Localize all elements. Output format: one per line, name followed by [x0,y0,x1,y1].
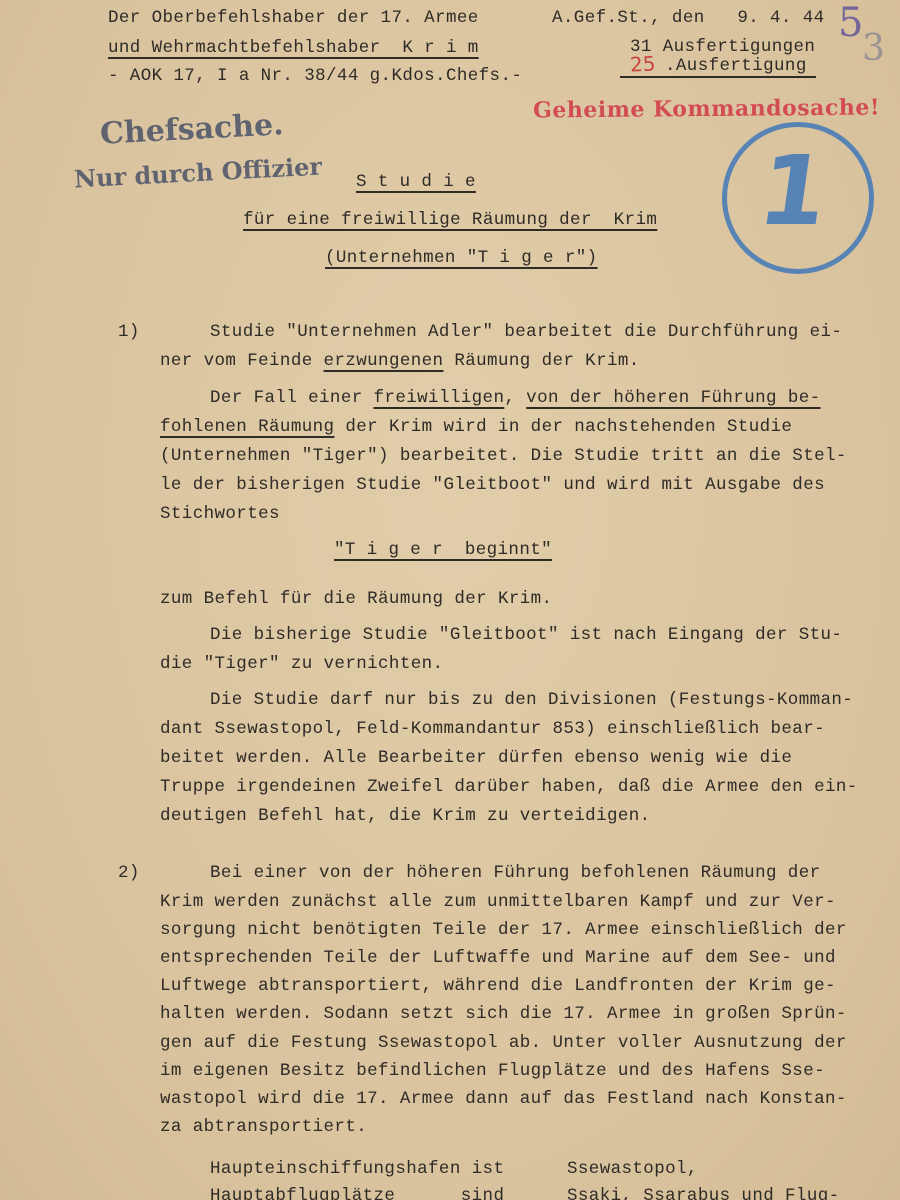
title-subtitle: für eine freiwillige Räumung der Krim [243,210,657,230]
s1-line: Die bisherige Studie "Gleitboot" ist nac… [210,625,842,645]
s2-line: Bei einer von der höheren Führung befohl… [210,863,821,883]
section-2-number: 2) [118,863,140,883]
s1-line: Die Studie darf nur bis zu den Divisione… [210,690,853,710]
s2-line: sorgung nicht benötigten Teile der 17. A… [160,920,847,940]
copy-number-handwritten: 25 [629,51,656,76]
s1-line: Der Fall einer freiwilligen, von der höh… [210,388,821,408]
s1-line: Studie "Unternehmen Adler" bearbeitet di… [210,322,842,342]
secret-command-stamp: Geheime Kommandosache! [533,94,880,123]
s1-line: die "Tiger" zu vernichten. [160,654,443,674]
officer-only-stamp: Nur durch Offizier [73,152,322,194]
s1-line: dant Ssewastopol, Feld-Kommandantur 853)… [160,719,825,739]
s2-table-value: Ssewastopol, [567,1159,698,1179]
s2-table-label: Haupteinschiffungshafen ist [210,1159,504,1179]
s1-line: fohlenen Räumung der Krim wird in der na… [160,417,792,437]
s2-line: entsprechenden Teile der Luftwaffe und M… [160,948,836,968]
s2-line: Krim werden zunächst alle zum unmittelba… [160,892,836,912]
codeword: "T i g e r beginnt" [334,540,552,560]
s1-line: deutigen Befehl hat, die Krim zu verteid… [160,806,651,826]
s2-line: im eigenen Besitz befindlichen Flugplätz… [160,1061,825,1081]
copy-underline [620,76,816,78]
section-1-number: 1) [118,322,140,342]
s2-line: za abtransportiert. [160,1117,367,1137]
s2-table-label: Hauptabflugplätze sind [210,1186,504,1200]
s1-line: le der bisherigen Studie "Gleitboot" und… [160,475,825,495]
s1-line: Truppe irgendeinen Zweifel darüber haben… [160,777,858,797]
s2-line: Luftwege abtransportiert, während die La… [160,976,836,996]
s2-table-value: Ssaki, Ssarabus und Flug- [567,1186,840,1200]
chefsache-stamp: Chefsache. [99,107,284,152]
s2-line: halten werden. Sodann setzt sich die 17.… [160,1004,847,1024]
pencil-mark-2: 3 [862,28,885,69]
s2-line: gen auf die Festung Ssewastopol ab. Unte… [160,1033,847,1053]
s1-line: beitet werden. Alle Bearbeiter dürfen eb… [160,748,792,768]
header-reference: - AOK 17, I a Nr. 38/44 g.Kdos.Chefs.- [108,66,522,86]
copies-total: 31 Ausfertigungen [630,37,815,57]
pencil-mark-1: 5 [838,0,863,46]
title-operation: (Unternehmen "T i g e r") [325,248,598,268]
copy-label: .Ausfertigung [665,56,807,76]
place-date: A.Gef.St., den 9. 4. 44 [552,8,825,28]
document-page: Der Oberbefehlshaber der 17. Armee und W… [0,0,900,1200]
s1-line: zum Befehl für die Räumung der Krim. [160,589,552,609]
header-line-1: Der Oberbefehlshaber der 17. Armee [108,8,479,28]
title-studie: S t u d i e [356,172,476,192]
s1-line: ner vom Feinde erzwungenen Räumung der K… [160,351,640,371]
s1-line: Stichwortes [160,504,280,524]
s2-line: wastopol wird die 17. Armee dann auf das… [160,1089,847,1109]
header-line-2: und Wehrmachtbefehlshaber K r i m [108,38,479,58]
s1-line: (Unternehmen "Tiger") bearbeitet. Die St… [160,446,847,466]
